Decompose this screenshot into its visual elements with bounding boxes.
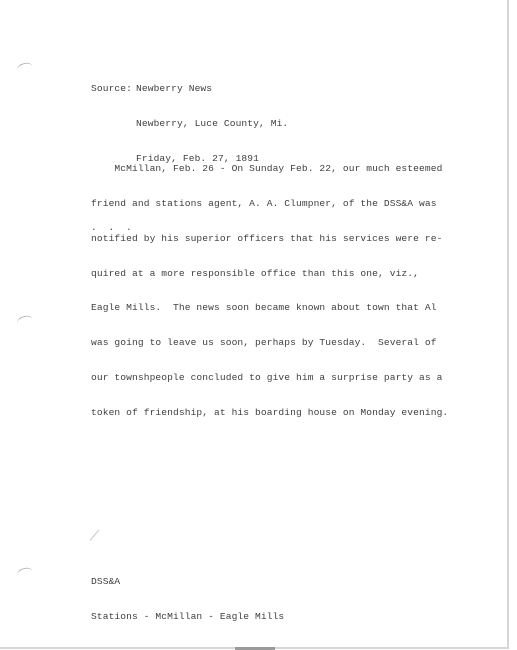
footer-category: DSS&A (91, 576, 284, 588)
article-line: was going to leave us soon, perhaps by T… (91, 337, 448, 349)
pencil-mark (90, 529, 100, 540)
document-page: Source:Newberry News Newberry, Luce Coun… (0, 0, 509, 649)
article-line: token of friendship, at his boarding hou… (91, 407, 448, 419)
source-location: Newberry, Luce County, Mi. (136, 118, 288, 129)
article-line: friend and stations agent, A. A. Clumpne… (91, 198, 448, 210)
article-line: our townshpeople concluded to give him a… (91, 372, 448, 384)
article-body: McMillan, Feb. 26 - On Sunday Feb. 22, o… (91, 140, 448, 441)
binder-hole-mark-middle (16, 314, 34, 329)
article-line: notified by his superior officers that h… (91, 233, 448, 245)
source-newspaper: Newberry News (136, 83, 212, 94)
article-line: quired at a more responsible office than… (91, 268, 448, 280)
article-line: McMillan, Feb. 26 - On Sunday Feb. 22, o… (91, 163, 448, 175)
binder-hole-mark-bottom (16, 566, 34, 581)
article-ellipsis: . . . (91, 222, 135, 234)
footer-subject: Stations - McMillan - Eagle Mills (91, 611, 284, 623)
subject-footer: DSS&A Stations - McMillan - Eagle Mills (91, 553, 284, 646)
binder-hole-mark-top (16, 61, 34, 76)
article-line: Eagle Mills. The news soon became known … (91, 302, 448, 314)
source-label: Source: (91, 83, 136, 95)
